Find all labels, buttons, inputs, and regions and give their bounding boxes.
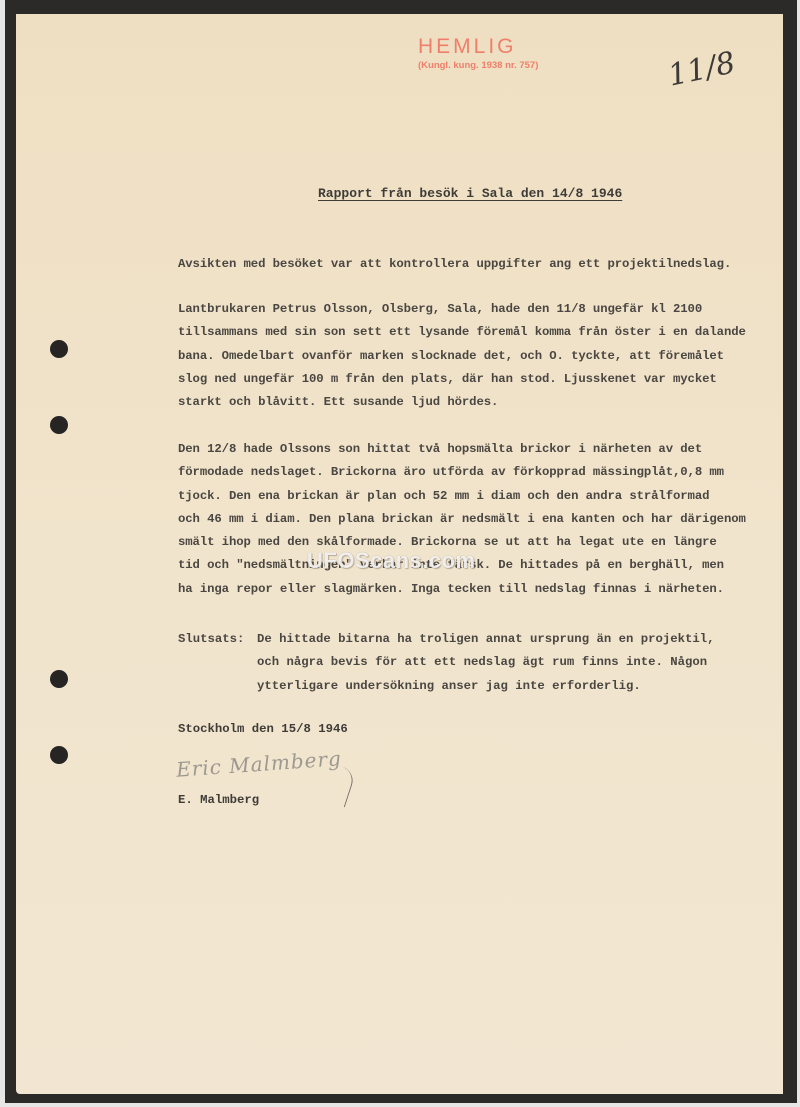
signer-name: E. Malmberg bbox=[178, 793, 259, 807]
text-line: bana. Omedelbart ovanför marken slocknad… bbox=[178, 345, 778, 368]
text-line: tid och "nedsmältningen" verkar inte fär… bbox=[178, 554, 778, 577]
text-line: Den 12/8 hade Olssons son hittat två hop… bbox=[178, 438, 778, 461]
stamp-title: HEMLIG bbox=[418, 36, 538, 58]
text-line: och några bevis för att ett nedslag ägt … bbox=[257, 651, 715, 674]
conclusion-label: Slutsats: bbox=[178, 628, 244, 651]
watermark: UFOScans.com bbox=[307, 548, 476, 574]
place-and-date: Stockholm den 15/8 1946 bbox=[178, 722, 348, 736]
observation-paragraph: Lantbrukaren Petrus Olsson, Olsberg, Sal… bbox=[178, 298, 778, 414]
findings-paragraph: Den 12/8 hade Olssons son hittat två hop… bbox=[178, 438, 778, 601]
classification-stamp: HEMLIG (Kungl. kung. 1938 nr. 757) bbox=[418, 36, 538, 71]
punch-hole-icon bbox=[50, 416, 68, 434]
report-title: Rapport från besök i Sala den 14/8 1946 bbox=[318, 186, 622, 201]
punch-hole-icon bbox=[50, 670, 68, 688]
text-line: förmodade nedslaget. Brickorna äro utför… bbox=[178, 461, 778, 484]
text-line: Avsikten med besöket var att kontrollera… bbox=[178, 253, 778, 276]
text-line: starkt och blåvitt. Ett susande ljud hör… bbox=[178, 391, 778, 414]
text-line: slog ned ungefär 100 m från den plats, d… bbox=[178, 368, 778, 391]
text-line: smält ihop med den skålformade. Brickorn… bbox=[178, 531, 778, 554]
text-line: ha inga repor eller slagmärken. Inga tec… bbox=[178, 578, 778, 601]
text-line: tjock. Den ena brickan är plan och 52 mm… bbox=[178, 485, 778, 508]
text-line: tillsammans med sin son sett ett lysande… bbox=[178, 321, 778, 344]
stamp-subtitle: (Kungl. kung. 1938 nr. 757) bbox=[418, 60, 538, 71]
punch-hole-icon bbox=[50, 746, 68, 764]
purpose-paragraph: Avsikten med besöket var att kontrollera… bbox=[178, 253, 778, 276]
text-line: Lantbrukaren Petrus Olsson, Olsberg, Sal… bbox=[178, 298, 778, 321]
text-line: De hittade bitarna ha troligen annat urs… bbox=[257, 628, 715, 651]
conclusion-paragraph: De hittade bitarna ha troligen annat urs… bbox=[257, 628, 715, 698]
text-line: och 46 mm i diam. Den plana brickan är n… bbox=[178, 508, 778, 531]
punch-hole-icon bbox=[50, 340, 68, 358]
text-line: ytterligare undersökning anser jag inte … bbox=[257, 675, 715, 698]
